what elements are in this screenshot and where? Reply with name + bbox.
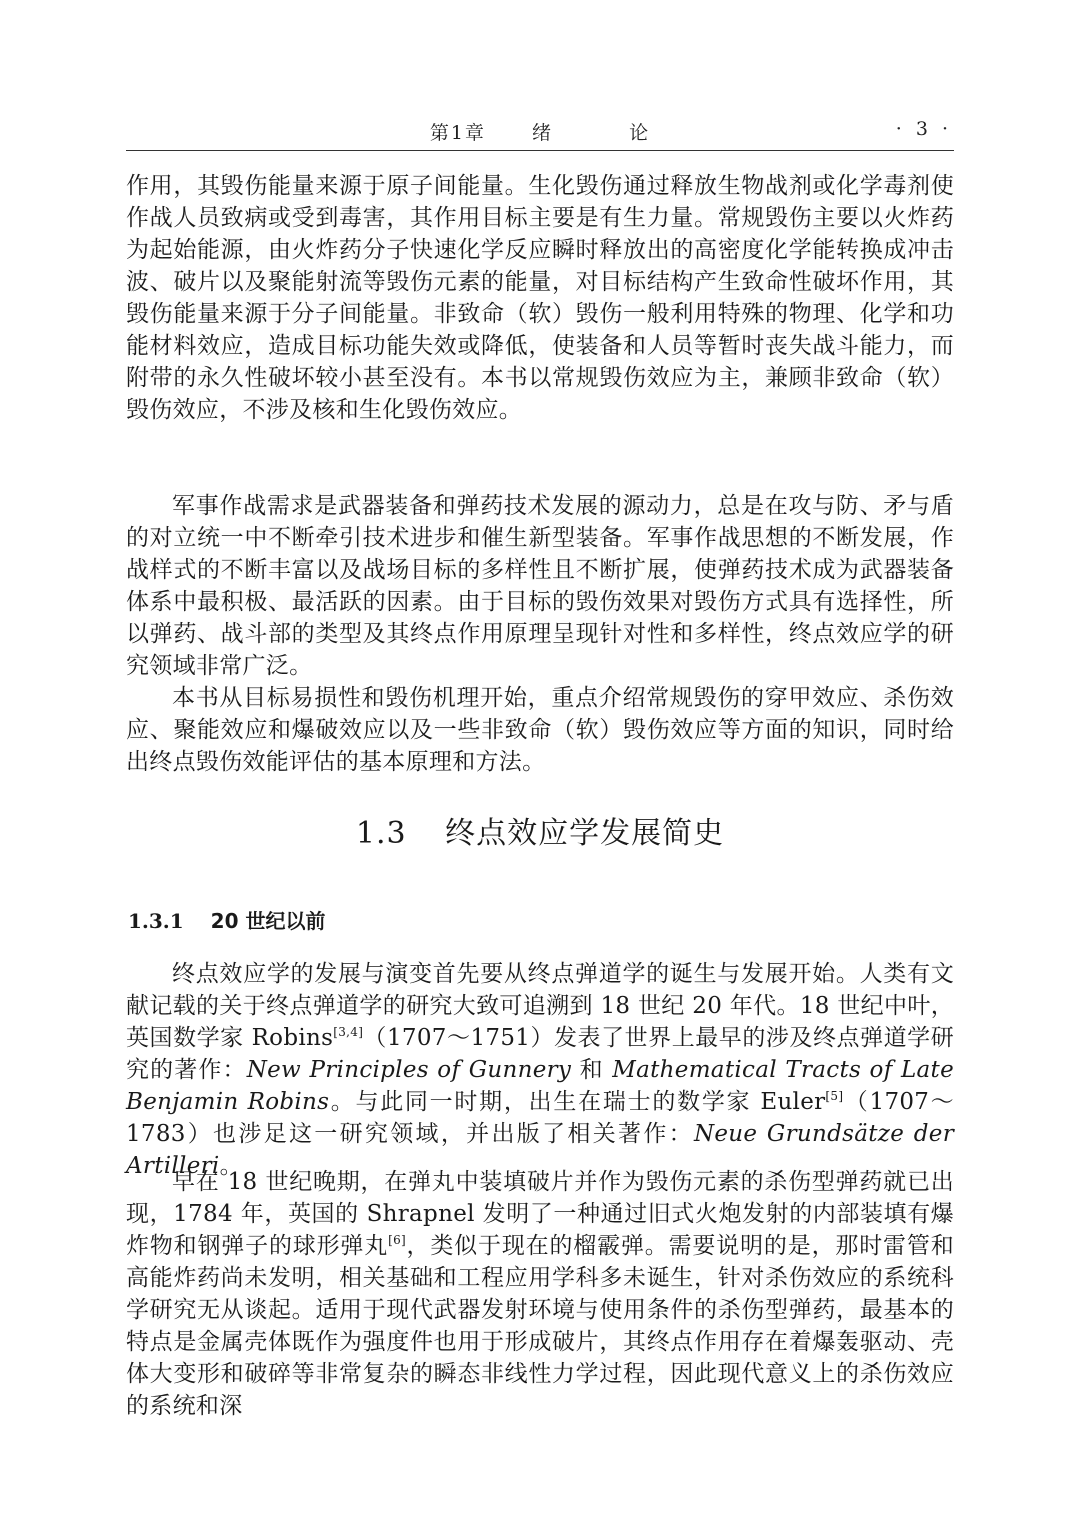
section-title: 终点效应学发展简史 <box>445 816 724 851</box>
header-rule-divider <box>126 150 954 151</box>
paragraph-book-scope: 本书从目标易损性和毁伤机理开始，重点介绍常规毁伤的穿甲效应、杀伤效应、聚能效应和… <box>126 682 954 778</box>
paragraph-history-robins-euler: 终点效应学的发展与演变首先要从终点弹道学的诞生与发展开始。人类有文献记载的关于终… <box>126 958 954 1182</box>
text-run: 和 <box>571 1057 612 1083</box>
page-number: · 3 · <box>896 118 952 140</box>
section-heading: 1.3 终点效应学发展简史 <box>126 808 954 852</box>
chapter-label: 第1章 <box>430 122 486 144</box>
citation-ref-6[interactable]: [6] <box>388 1233 406 1247</box>
subsection-title: 20 世纪以前 <box>211 909 326 933</box>
text-run: 。与此同一时期，出生在瑞士的数学家 Euler <box>329 1089 825 1115</box>
chapter-title-char-2: 论 <box>629 122 650 144</box>
section-number: 1.3 <box>356 816 407 851</box>
book-title-new-principles: New Principles of Gunnery <box>247 1057 572 1083</box>
paragraph-damage-types: 作用，其毁伤能量来源于原子间能量。生化毁伤通过释放生物战剂或化学毒剂使作战人员致… <box>126 170 954 426</box>
paragraph-military-demand: 军事作战需求是武器装备和弹药技术发展的源动力，总是在攻与防、矛与盾的对立统一中不… <box>126 490 954 682</box>
subsection-number: 1.3.1 <box>128 909 184 933</box>
running-head: 第1章 绪 论 · 3 · <box>126 118 954 148</box>
text-run: ，类似于现在的榴霰弹。需要说明的是，那时雷管和高能炸药尚未发明，相关基础和工程应… <box>126 1233 954 1419</box>
citation-ref-3-4[interactable]: [3,4] <box>333 1025 363 1039</box>
subsection-heading: 1.3.1 20 世纪以前 <box>128 905 325 934</box>
chapter-title-char-1: 绪 <box>532 122 553 144</box>
chapter-heading: 第1章 绪 论 <box>126 118 954 145</box>
citation-ref-5[interactable]: [5] <box>825 1089 843 1103</box>
paragraph-history-shrapnel: 早在 18 世纪晚期，在弹丸中装填破片并作为毁伤元素的杀伤型弹药就已出现，178… <box>126 1166 954 1422</box>
